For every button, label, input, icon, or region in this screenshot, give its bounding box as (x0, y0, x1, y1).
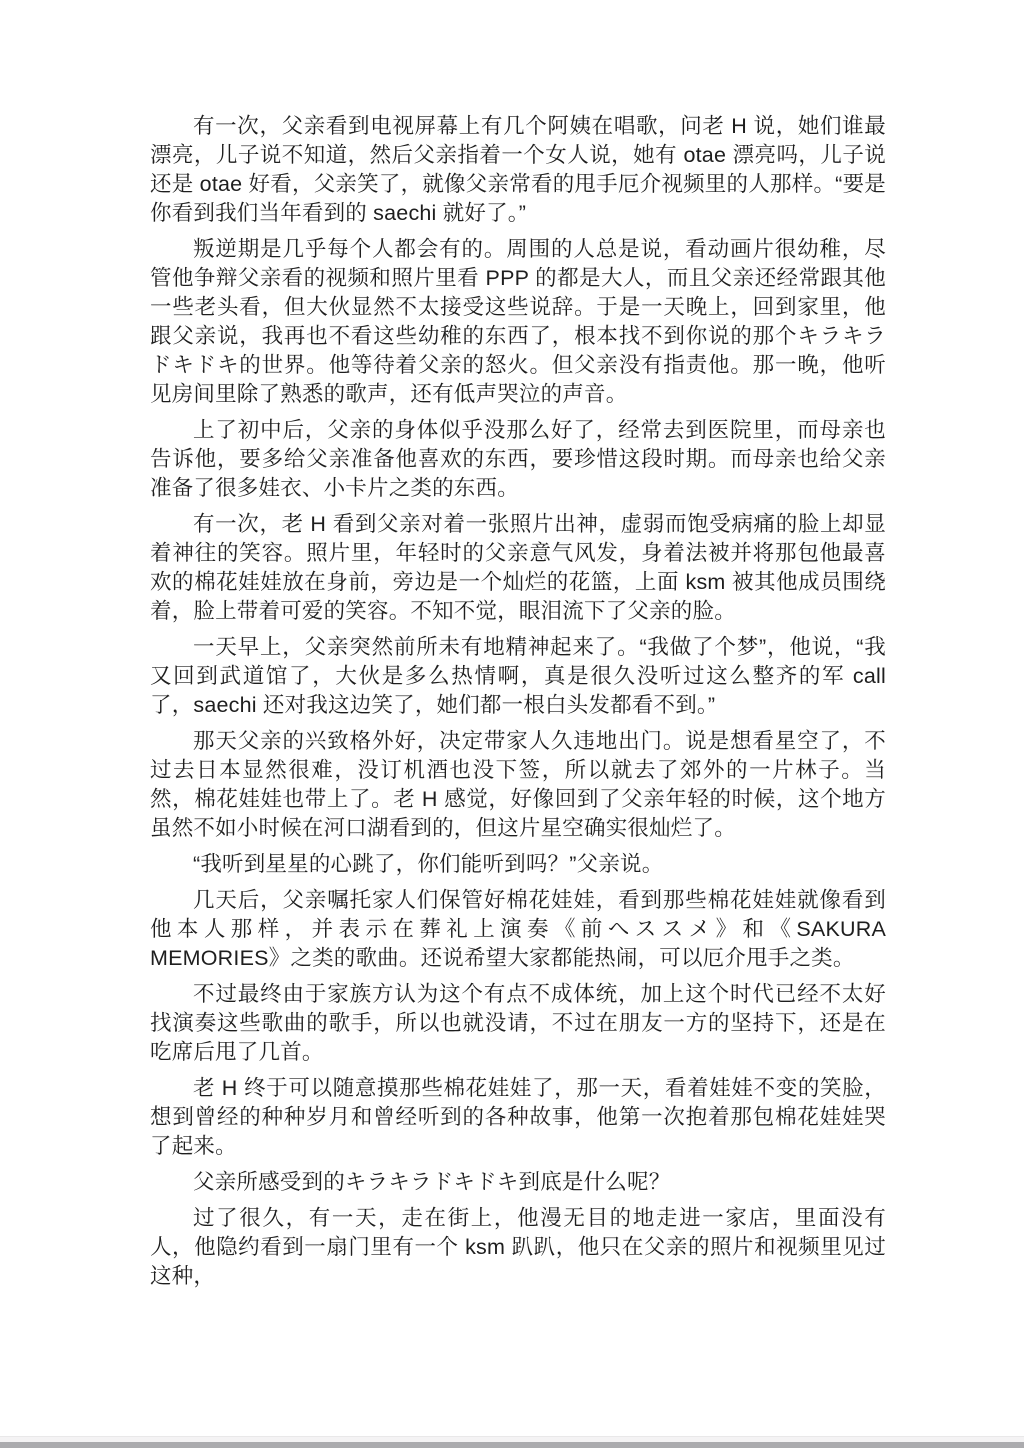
paragraph: 父亲所感受到的キラキラドキドキ到底是什么呢？ (150, 1168, 886, 1197)
paragraph: 几天后，父亲嘱托家人们保管好棉花娃娃，看到那些棉花娃娃就像看到他本人那样，并表示… (150, 886, 886, 973)
paragraph: 上了初中后，父亲的身体似乎没那么好了，经常去到医院里，而母亲也告诉他，要多给父亲… (150, 416, 886, 503)
paragraph: “我听到星星的心跳了，你们能听到吗？”父亲说。 (150, 850, 886, 879)
paragraph: 不过最终由于家族方认为这个有点不成体统，加上这个时代已经不太好找演奏这些歌曲的歌… (150, 980, 886, 1067)
bottom-edge-bar (0, 1442, 1024, 1448)
window-bottom-edge (0, 1436, 1024, 1448)
document-body: 有一次，父亲看到电视屏幕上有几个阿姨在唱歌，问老 H 说，她们谁最漂亮，儿子说不… (150, 112, 886, 1298)
paragraph: 有一次，老 H 看到父亲对着一张照片出神，虚弱而饱受病痛的脸上却显着神往的笑容。… (150, 510, 886, 626)
document-page: 有一次，父亲看到电视屏幕上有几个阿姨在唱歌，问老 H 说，她们谁最漂亮，儿子说不… (0, 0, 1024, 1448)
paragraph: 老 H 终于可以随意摸那些棉花娃娃了，那一天，看着娃娃不变的笑脸，想到曾经的种种… (150, 1074, 886, 1161)
paragraph: 过了很久，有一天，走在街上，他漫无目的地走进一家店，里面没有人，他隐约看到一扇门… (150, 1204, 886, 1291)
paragraph: 叛逆期是几乎每个人都会有的。周围的人总是说，看动画片很幼稚，尽管他争辩父亲看的视… (150, 235, 886, 409)
paragraph: 有一次，父亲看到电视屏幕上有几个阿姨在唱歌，问老 H 说，她们谁最漂亮，儿子说不… (150, 112, 886, 228)
paragraph: 那天父亲的兴致格外好，决定带家人久违地出门。说是想看星空了，不过去日本显然很难，… (150, 727, 886, 843)
paragraph: 一天早上，父亲突然前所未有地精神起来了。“我做了个梦”，他说，“我又回到武道馆了… (150, 633, 886, 720)
